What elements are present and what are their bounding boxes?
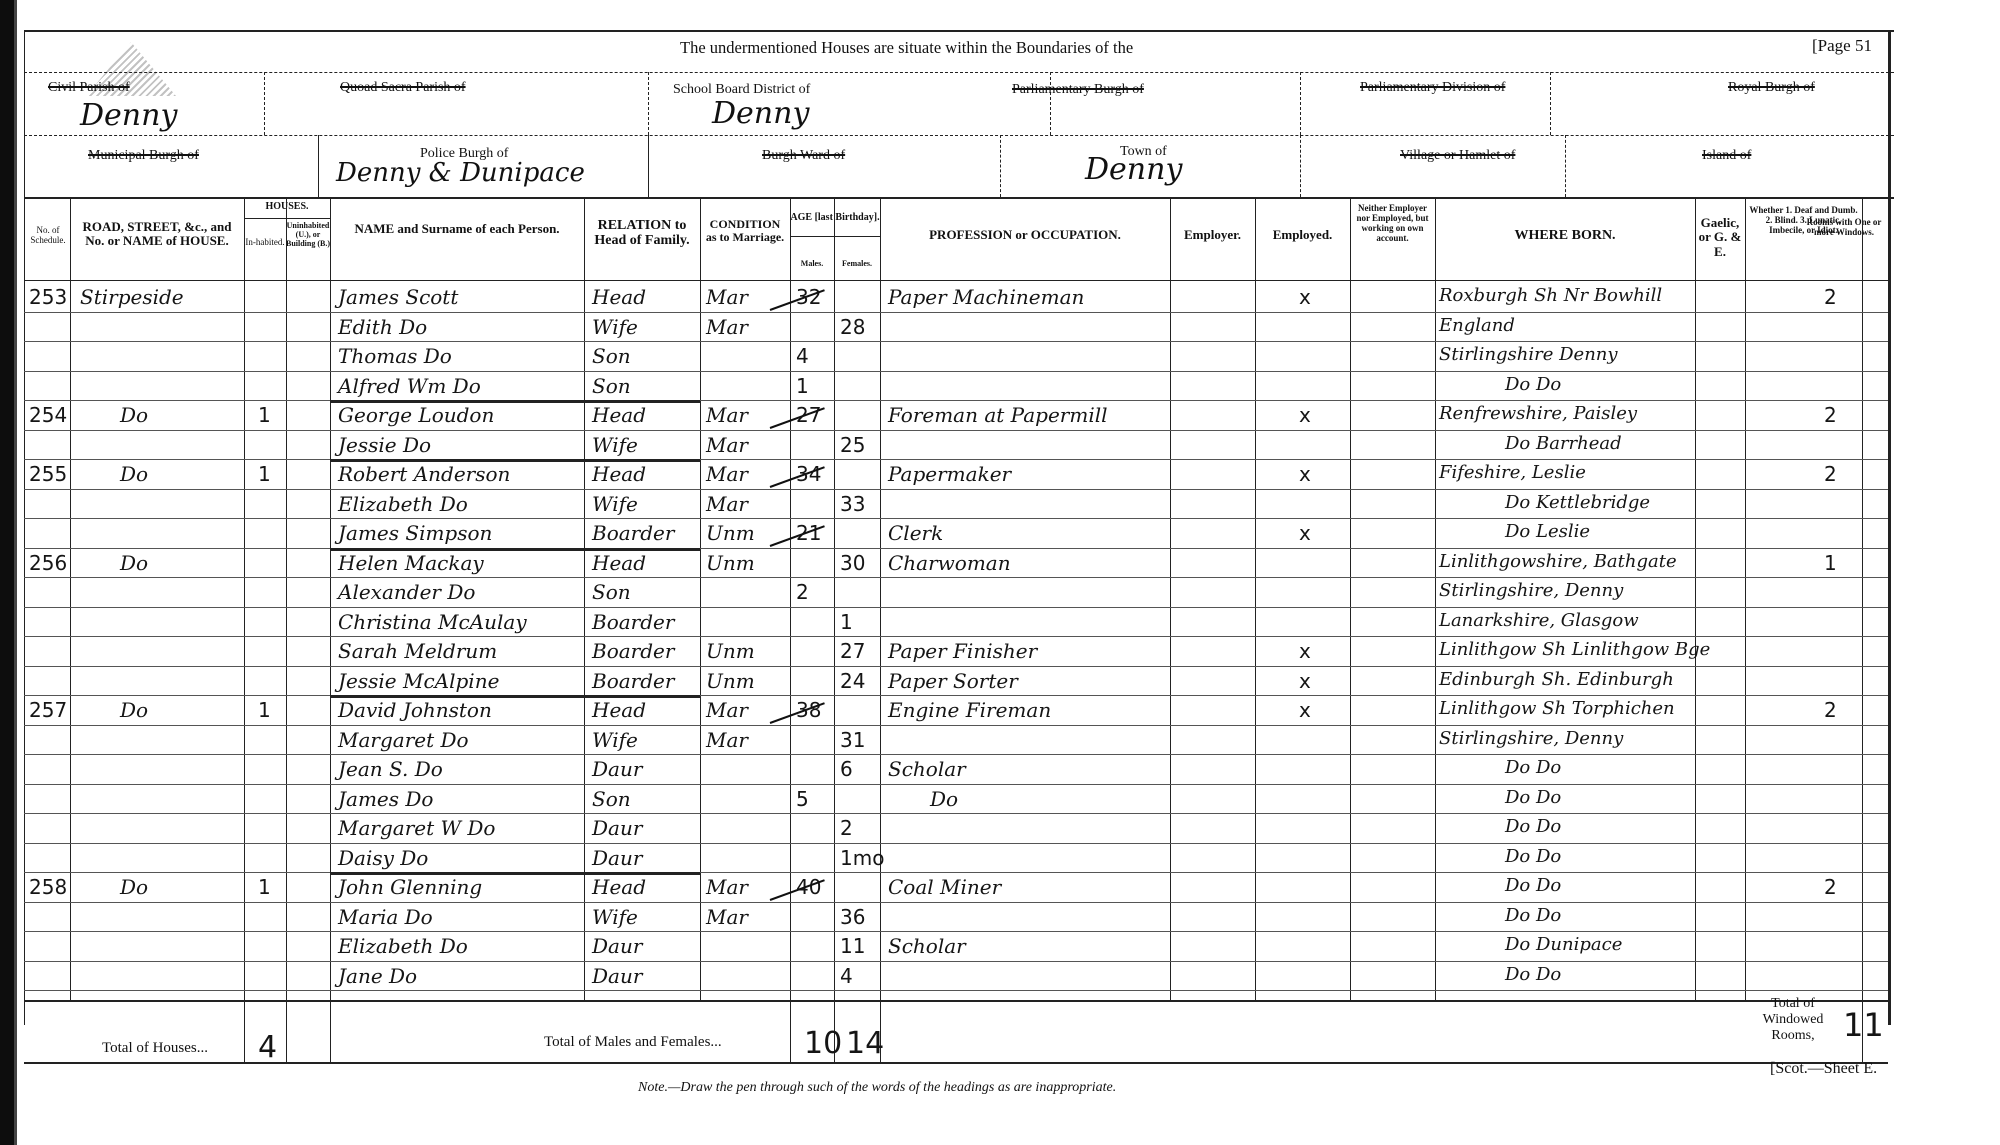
birthplace: Stirlingshire, Denny — [1439, 728, 1623, 749]
divider — [1300, 72, 1301, 135]
marital-condition: Unm — [706, 669, 755, 693]
column-rule — [1255, 198, 1256, 1000]
col-houses: HOUSES. — [244, 201, 330, 212]
household-divider — [330, 872, 700, 875]
male-age: 2 — [796, 580, 809, 604]
birthplace: Do Do — [1505, 757, 1561, 778]
road-name: Do — [120, 462, 148, 486]
column-rule — [1170, 198, 1171, 1000]
footer-rule — [330, 1000, 331, 1062]
school-board-value: Denny — [712, 96, 809, 131]
row-rule — [24, 607, 1888, 608]
employed-mark: x — [1299, 639, 1311, 663]
male-age: 5 — [796, 787, 809, 811]
column-rule — [700, 198, 701, 1000]
instruction-note: Note.—Draw the pen through such of the w… — [638, 1080, 1116, 1096]
person-name: Robert Anderson — [338, 462, 510, 486]
household-divider — [330, 695, 700, 698]
marital-condition: Mar — [706, 433, 748, 457]
relation: Boarder — [592, 669, 674, 693]
col-road: ROAD, STREET, &c., and No. or NAME of HO… — [74, 220, 240, 249]
header-rule-2 — [24, 135, 1894, 136]
total-males: 10 — [804, 1026, 842, 1061]
employed-mark: x — [1299, 285, 1311, 309]
road-name: Do — [120, 551, 148, 575]
female-age: 30 — [840, 551, 865, 575]
marital-condition: Unm — [706, 639, 755, 663]
birthplace: Do Do — [1505, 875, 1561, 896]
rooms-count: 2 — [1824, 285, 1837, 309]
col-uninhabited: Uninhabited (U.), or Building (B.) — [286, 222, 330, 248]
rooms-count: 2 — [1824, 875, 1837, 899]
col-age: AGE [last Birthday]. — [790, 212, 880, 223]
relation: Boarder — [592, 521, 674, 545]
header-bottom-rule — [24, 280, 1888, 281]
col-employed: Employed. — [1255, 228, 1350, 242]
col-gaelic: Gaelic, or G. & E. — [1695, 216, 1745, 259]
column-rule — [1350, 198, 1351, 1000]
birthplace: Roxburgh Sh Nr Bowhill — [1439, 285, 1662, 306]
col-males: Males. — [790, 260, 834, 269]
road-name: Do — [120, 403, 148, 427]
person-name: Edith Do — [338, 315, 427, 339]
schedule-number: 256 — [29, 551, 67, 575]
occupation: Paper Sorter — [888, 669, 1018, 693]
col-occupation: PROFESSION or OCCUPATION. — [886, 228, 1164, 242]
column-rule — [1862, 198, 1863, 1000]
col-females: Females. — [834, 260, 880, 269]
relation: Daur — [592, 846, 642, 870]
female-age: 27 — [840, 639, 865, 663]
person-name: Helen Mackay — [338, 551, 484, 575]
page-number: [Page 51 — [1812, 36, 1872, 56]
village-label: Village or Hamlet of — [1400, 148, 1515, 164]
person-name: Sarah Meldrum — [338, 639, 497, 663]
female-age: 33 — [840, 492, 865, 516]
employed-mark: x — [1299, 521, 1311, 545]
column-rule — [584, 198, 585, 1000]
schedule-number: 255 — [29, 462, 67, 486]
row-rule — [24, 459, 1888, 460]
male-age: 1 — [796, 374, 809, 398]
marital-condition: Mar — [706, 875, 748, 899]
person-name: Alfred Wm Do — [338, 374, 481, 398]
footer-rule — [790, 1000, 791, 1062]
total-females: 14 — [846, 1026, 884, 1061]
row-rule — [24, 430, 1888, 431]
row-rule — [24, 813, 1888, 814]
inhabited-count: 1 — [258, 403, 271, 427]
col-inhabited: In-habited. — [244, 238, 286, 248]
birthplace: Fifeshire, Leslie — [1439, 462, 1586, 483]
row-rule — [24, 990, 1888, 991]
quoad-sacra-label: Quoad Sacra Parish of — [340, 80, 466, 96]
parliamentary-division-label: Parliamentary Division of — [1360, 80, 1505, 96]
occupation: Clerk — [888, 521, 943, 545]
row-rule — [24, 725, 1888, 726]
header-rule-1 — [24, 72, 1894, 73]
row-rule — [24, 489, 1888, 490]
scan-edge-shadow — [14, 0, 17, 1145]
birthplace: Linlithgowshire, Bathgate — [1439, 551, 1677, 572]
schedule-number: 253 — [29, 285, 67, 309]
divider — [648, 72, 649, 135]
female-age: 2 — [840, 816, 853, 840]
relation: Boarder — [592, 639, 674, 663]
person-name: Daisy Do — [338, 846, 428, 870]
household-divider — [330, 548, 700, 551]
col-schedule: No. of Schedule. — [26, 226, 70, 246]
island-label: Island of — [1702, 148, 1751, 164]
person-name: Elizabeth Do — [338, 492, 468, 516]
schedule-number: 258 — [29, 875, 67, 899]
female-age: 11 — [840, 934, 865, 958]
occupation: Do — [930, 787, 958, 811]
person-name: Christina McAulay — [338, 610, 527, 634]
col-name: NAME and Surname of each Person. — [338, 222, 576, 236]
row-rule — [24, 371, 1888, 372]
inhabited-count: 1 — [258, 462, 271, 486]
row-rule — [24, 666, 1888, 667]
birthplace: Edinburgh Sh. Edinburgh — [1439, 669, 1674, 690]
relation: Head — [592, 698, 646, 722]
civil-parish-value: Denny — [80, 98, 177, 133]
footer-rule — [244, 1000, 245, 1062]
marital-condition: Mar — [706, 698, 748, 722]
royal-burgh-label: Royal Burgh of — [1728, 80, 1815, 96]
relation: Son — [592, 374, 631, 398]
person-name: James Scott — [338, 285, 458, 309]
female-age: 25 — [840, 433, 865, 457]
household-divider — [330, 400, 700, 403]
person-name: Maria Do — [338, 905, 433, 929]
marital-condition: Unm — [706, 551, 755, 575]
marital-condition: Mar — [706, 403, 748, 427]
person-name: Jessie Do — [338, 433, 431, 457]
relation: Son — [592, 580, 631, 604]
birthplace: Stirlingshire Denny — [1439, 344, 1618, 365]
age-subrule — [790, 236, 880, 237]
birthplace: Do Do — [1505, 374, 1561, 395]
birthplace: Do Do — [1505, 846, 1561, 867]
female-age: 24 — [840, 669, 865, 693]
top-rule — [24, 30, 1894, 32]
row-rule — [24, 784, 1888, 785]
col-employer: Employer. — [1170, 228, 1255, 242]
relation: Wife — [592, 315, 638, 339]
row-rule — [24, 518, 1888, 519]
relation: Son — [592, 344, 631, 368]
table-bottom-rule — [24, 1000, 1888, 1002]
marital-condition: Mar — [706, 728, 748, 752]
person-name: George Loudon — [338, 403, 494, 427]
person-name: Jean S. Do — [338, 757, 443, 781]
row-rule — [24, 312, 1888, 313]
column-rule — [70, 198, 71, 1000]
birthplace: Linlithgow Sh Torphichen — [1439, 698, 1675, 719]
scan-edge — [0, 0, 14, 1145]
marital-condition: Mar — [706, 905, 748, 929]
marital-condition: Mar — [706, 492, 748, 516]
birthplace: Do Barrhead — [1505, 433, 1622, 454]
person-name: Jane Do — [338, 964, 417, 988]
household-divider — [330, 459, 700, 462]
relation: Wife — [592, 728, 638, 752]
footer-rule — [286, 1000, 287, 1062]
occupation: Foreman at Papermill — [888, 403, 1108, 427]
relation: Head — [592, 462, 646, 486]
row-rule — [24, 400, 1888, 401]
person-name: John Glenning — [338, 875, 482, 899]
relation: Head — [592, 285, 646, 309]
houses-subrule — [244, 218, 330, 219]
divider — [264, 72, 265, 135]
person-name: Jessie McAlpine — [338, 669, 499, 693]
birthplace: Lanarkshire, Glasgow — [1439, 610, 1639, 631]
female-age: 6 — [840, 757, 853, 781]
police-burgh-value: Denny & Dunipace — [336, 158, 585, 188]
birthplace: Renfrewshire, Paisley — [1439, 403, 1637, 424]
birthplace: Stirlingshire, Denny — [1439, 580, 1623, 601]
row-rule — [24, 902, 1888, 903]
header-rule-3 — [24, 197, 1894, 199]
divider — [1000, 135, 1001, 197]
relation: Head — [592, 875, 646, 899]
female-age: 28 — [840, 315, 865, 339]
road-name: Do — [120, 875, 148, 899]
footer-bottom-rule — [24, 1062, 1888, 1064]
divider — [1300, 135, 1301, 197]
birthplace: Do Kettlebridge — [1505, 492, 1650, 513]
female-age: 1 — [840, 610, 853, 634]
column-rule — [880, 198, 881, 1000]
marital-condition: Mar — [706, 462, 748, 486]
row-rule — [24, 548, 1888, 549]
civil-parish-label: Civil Parish of — [48, 80, 130, 96]
person-name: Thomas Do — [338, 344, 452, 368]
rooms-count: 2 — [1824, 462, 1837, 486]
birthplace: Linlithgow Sh Linlithgow Bge — [1439, 639, 1710, 660]
male-age: 4 — [796, 344, 809, 368]
relation: Wife — [592, 433, 638, 457]
total-houses-inhabited: 4 — [258, 1030, 277, 1065]
column-rule — [1435, 198, 1436, 1000]
row-rule — [24, 341, 1888, 342]
relation: Boarder — [592, 610, 674, 634]
female-age: 31 — [840, 728, 865, 752]
divider — [1550, 72, 1551, 135]
row-rule — [24, 636, 1888, 637]
column-rule — [244, 198, 245, 1000]
column-rule — [286, 198, 287, 1000]
burgh-ward-label: Burgh Ward of — [762, 148, 845, 164]
municipal-burgh-label: Municipal Burgh of — [88, 148, 199, 164]
birthplace: Do Do — [1505, 905, 1561, 926]
relation: Head — [592, 551, 646, 575]
row-rule — [24, 843, 1888, 844]
sheet-label: [Scot.—Sheet E. — [1770, 1060, 1877, 1078]
row-rule — [24, 872, 1888, 873]
birthplace: Do Do — [1505, 787, 1561, 808]
relation: Head — [592, 403, 646, 427]
rooms-count: 2 — [1824, 403, 1837, 427]
rooms-count: 1 — [1824, 551, 1837, 575]
employed-mark: x — [1299, 462, 1311, 486]
person-name: Margaret W Do — [338, 816, 495, 840]
relation: Wife — [592, 905, 638, 929]
row-rule — [24, 961, 1888, 962]
page-title: The undermentioned Houses are situate wi… — [680, 38, 1133, 58]
birthplace: Do Dunipace — [1505, 934, 1622, 955]
person-name: James Do — [338, 787, 433, 811]
female-age: 1mo — [840, 846, 884, 870]
employed-mark: x — [1299, 669, 1311, 693]
parliamentary-burgh-label: Parliamentary Burgh of — [1012, 82, 1144, 98]
col-condition: CONDITION as to Marriage. — [704, 218, 786, 244]
col-where-born: WHERE BORN. — [1435, 228, 1695, 243]
female-age: 4 — [840, 964, 853, 988]
col-rooms: Rooms with One or more Windows. — [1802, 218, 1886, 238]
road-name: Stirpeside — [80, 285, 184, 309]
occupation: Papermaker — [888, 462, 1011, 486]
row-rule — [24, 695, 1888, 696]
total-houses-label: Total of Houses... — [102, 1040, 208, 1057]
column-rule — [1695, 198, 1696, 1000]
person-name: David Johnston — [338, 698, 492, 722]
relation: Daur — [592, 816, 642, 840]
marital-condition: Mar — [706, 315, 748, 339]
divider — [318, 135, 319, 197]
total-persons-label: Total of Males and Females... — [544, 1034, 722, 1051]
column-rule — [330, 198, 331, 1000]
divider — [1565, 135, 1566, 197]
female-age: 36 — [840, 905, 865, 929]
left-border — [24, 30, 25, 1025]
birthplace: Do Leslie — [1505, 521, 1590, 542]
birthplace: Do Do — [1505, 816, 1561, 837]
relation: Daur — [592, 964, 642, 988]
occupation: Charwoman — [888, 551, 1011, 575]
column-rule — [834, 198, 835, 1000]
road-name: Do — [120, 698, 148, 722]
employed-mark: x — [1299, 698, 1311, 722]
relation: Daur — [592, 757, 642, 781]
rooms-count: 2 — [1824, 698, 1837, 722]
row-rule — [24, 577, 1888, 578]
row-rule — [24, 931, 1888, 932]
total-rooms: 11 — [1843, 1006, 1884, 1044]
divider — [648, 135, 649, 197]
person-name: Alexander Do — [338, 580, 475, 604]
occupation: Coal Miner — [888, 875, 1001, 899]
right-border — [1888, 30, 1891, 1025]
column-rule — [1745, 198, 1746, 1000]
occupation: Paper Finisher — [888, 639, 1037, 663]
marital-condition: Unm — [706, 521, 755, 545]
col-own-account: Neither Employer nor Employed, but worki… — [1354, 204, 1431, 244]
relation: Son — [592, 787, 631, 811]
marital-condition: Mar — [706, 285, 748, 309]
total-rooms-label: Total of Windowed Rooms, — [1758, 996, 1828, 1044]
occupation: Scholar — [888, 934, 966, 958]
person-name: James Simpson — [338, 521, 492, 545]
town-value: Denny — [1085, 152, 1182, 187]
relation: Daur — [592, 934, 642, 958]
relation: Wife — [592, 492, 638, 516]
schedule-number: 254 — [29, 403, 67, 427]
inhabited-count: 1 — [258, 875, 271, 899]
occupation: Paper Machineman — [888, 285, 1084, 309]
occupation: Engine Fireman — [888, 698, 1051, 722]
occupation: Scholar — [888, 757, 966, 781]
row-rule — [24, 754, 1888, 755]
person-name: Elizabeth Do — [338, 934, 468, 958]
schedule-number: 257 — [29, 698, 67, 722]
birthplace: Do Do — [1505, 964, 1561, 985]
col-relation: RELATION to Head of Family. — [588, 218, 696, 249]
inhabited-count: 1 — [258, 698, 271, 722]
column-rule — [790, 198, 791, 1000]
birthplace: England — [1439, 315, 1515, 336]
employed-mark: x — [1299, 403, 1311, 427]
person-name: Margaret Do — [338, 728, 469, 752]
